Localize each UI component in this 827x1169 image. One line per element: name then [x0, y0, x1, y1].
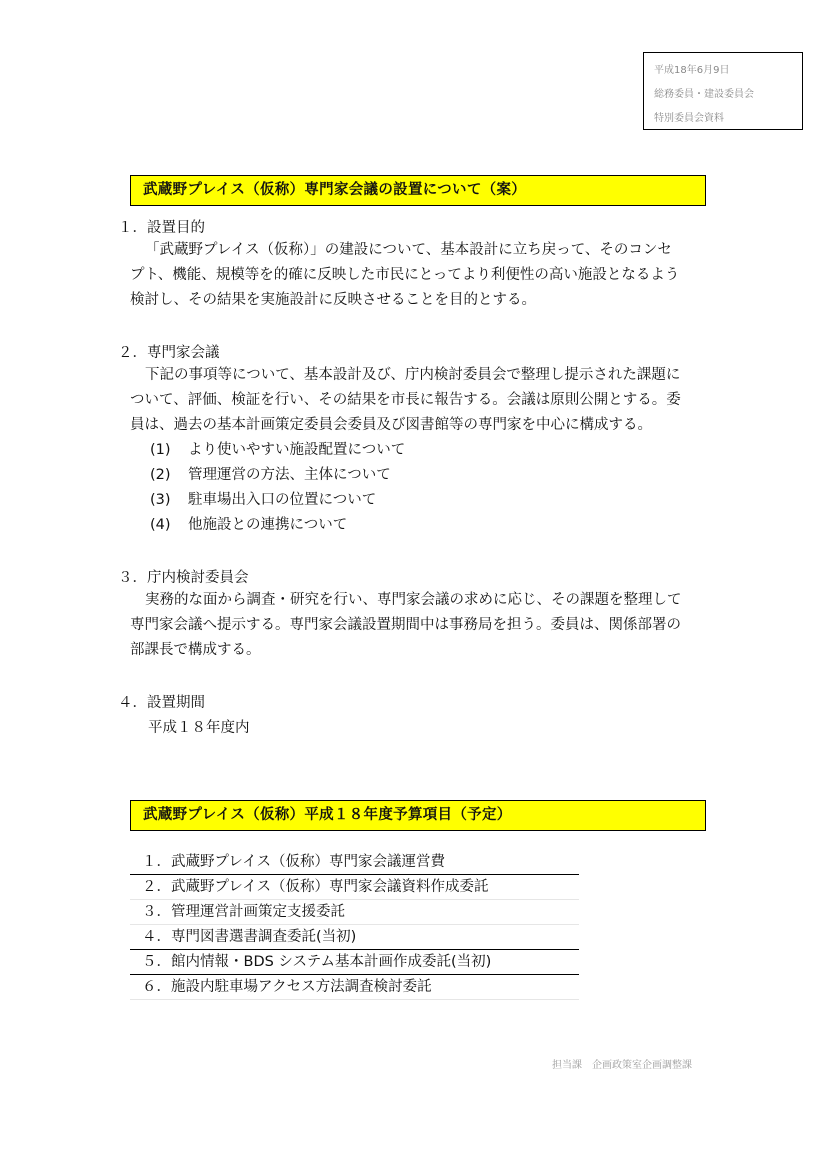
table-row: ２．武蔵野プレイス（仮称）専門家会議資料作成委託: [130, 875, 579, 900]
table-row: ６．施設内駐車場アクセス方法調査検討委託: [130, 975, 579, 1000]
document-stamp-box: 平成18年6月9日 総務委員・建設委員会 特別委員会資料: [643, 52, 803, 130]
table-row: ５．館内情報・BDS システム基本計画作成委託(当初): [130, 950, 579, 975]
section-1-body: 「武蔵野プレイス（仮称）」の建設について、基本設計に立ち戻って、そのコンセ プト…: [130, 238, 710, 313]
list-item: (3)駐車場出入口の位置について: [150, 488, 405, 513]
section-2-items: (1)より使いやすい施設配置について (2)管理運営の方法、主体について (3)…: [150, 438, 405, 538]
section-2-title: ２．専門家会議: [118, 341, 220, 362]
body-line: 下記の事項等について、基本設計及び、庁内検討委員会で整理し提示された課題に: [130, 363, 710, 388]
body-line: 検討し、その結果を実施設計に反映させることを目的とする。: [130, 288, 710, 313]
section-4-title: ４．設置期間: [118, 691, 205, 712]
body-line: 実務的な面から調査・研究を行い、専門家会議の求めに応じ、その課題を整理して: [130, 588, 710, 613]
body-line: プト、機能、規模等を的確に反映した市民にとってより利便性の高い施設となるよう: [130, 263, 710, 288]
section-3-body: 実務的な面から調査・研究を行い、専門家会議の求めに応じ、その課題を整理して 専門…: [130, 588, 710, 663]
table-row: １．武蔵野プレイス（仮称）専門家会議運営費: [130, 850, 579, 875]
responsible-department: 担当課 企画政策室企画調整課: [552, 1056, 692, 1071]
list-item: (2)管理運営の方法、主体について: [150, 463, 405, 488]
list-item: (1)より使いやすい施設配置について: [150, 438, 405, 463]
table-row: ４．専門図書選書調査委託(当初): [130, 925, 579, 950]
heading-expert-council: 武蔵野プレイス（仮称）専門家会議の設置について（案）: [130, 175, 706, 206]
budget-items-table: １．武蔵野プレイス（仮称）専門家会議運営費 ２．武蔵野プレイス（仮称）専門家会議…: [130, 850, 579, 1000]
table-row: ３．管理運営計画策定支援委託: [130, 900, 579, 925]
body-line: 専門家会議へ提示する。専門家会議設置期間中は事務局を担う。委員は、関係部署の: [130, 613, 710, 638]
stamp-material: 特別委員会資料: [654, 107, 792, 131]
body-line: ついて、評価、検証を行い、その結果を市長に報告する。会議は原則公開とする。委: [130, 388, 710, 413]
body-line: 「武蔵野プレイス（仮称）」の建設について、基本設計に立ち戻って、そのコンセ: [130, 238, 710, 263]
section-1-title: １．設置目的: [118, 216, 205, 237]
heading-budget-items: 武蔵野プレイス（仮称）平成１８年度予算項目（予定）: [130, 800, 706, 831]
section-2-body: 下記の事項等について、基本設計及び、庁内検討委員会で整理し提示された課題に つい…: [130, 363, 710, 438]
list-item: (4)他施設との連携について: [150, 513, 405, 538]
stamp-date: 平成18年6月9日: [654, 59, 792, 83]
section-3-title: ３．庁内検討委員会: [118, 566, 249, 587]
stamp-committee: 総務委員・建設委員会: [654, 83, 792, 107]
section-4-value: 平成１８年度内: [148, 716, 250, 737]
body-line: 部課長で構成する。: [130, 638, 710, 663]
body-line: 員は、過去の基本計画策定委員会委員及び図書館等の専門家を中心に構成する。: [130, 413, 710, 438]
